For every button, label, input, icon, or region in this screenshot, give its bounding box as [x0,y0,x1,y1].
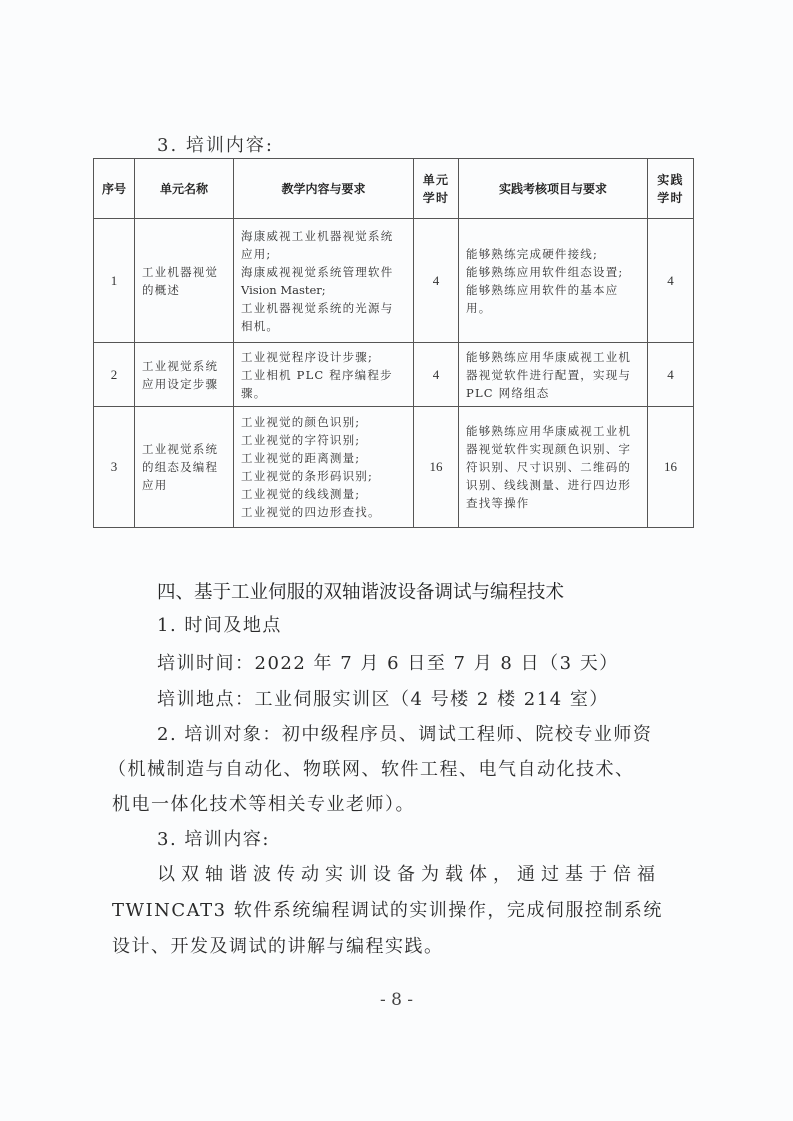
cell-unit-name: 工业视觉系统 应用设定步骤 [135,343,234,407]
cell-no: 3 [94,407,135,528]
cell-unit-hours: 4 [414,343,459,407]
cell-practice: 能够熟练应用华康威视工业机 器视觉软件进行配置，实现与 PLC 网络组态 [459,343,648,407]
page-number: - 8 - [0,990,793,1010]
cell-practice-hours: 16 [648,407,694,528]
cell-content: 工业视觉程序设计步骤; 工业相机 PLC 程序编程步 骤。 [234,343,414,407]
training-target-line-1: 2. 培训对象：初中级程序员、调试工程师、院校专业师资 [157,717,652,753]
section-4-title: 四、基于工业伺服的双轴谐波设备调试与编程技术 [157,578,564,604]
header-unit-name: 单元名称 [135,159,234,219]
training-target-line-3: 机电一体化技术等相关专业老师）。 [112,787,415,823]
table-row: 2 工业视觉系统 应用设定步骤 工业视觉程序设计步骤; 工业相机 PLC 程序编… [94,343,694,407]
training-content-table: 序号 单元名称 教学内容与要求 单元 学时 实践考核项目与要求 实践 学时 1 … [93,158,694,528]
content-line-1: 以双轴谐波传动实训设备为载体，通过基于倍福 [157,857,661,893]
cell-practice: 能够熟练应用华康威视工业机 器视觉软件实现颜色识别、字 符识别、尺寸识别、二维码… [459,407,648,528]
item-3-title: 3. 培训内容: [157,822,270,858]
cell-unit-name: 工业视觉系统 的组态及编程 应用 [135,407,234,528]
content-line-3: 设计、开发及调试的讲解与编程实践。 [112,929,444,965]
table-row: 1 工业机器视觉 的概述 海康威视工业机器视觉系统 应用; 海康威视视觉系统管理… [94,219,694,343]
cell-unit-hours: 4 [414,219,459,343]
training-time: 培训时间：2022 年 7 月 6 日至 7 月 8 日（3 天） [157,646,619,682]
cell-practice: 能够熟练完成硬件接线; 能够熟练应用软件组态设置; 能够熟练应用软件的基本应 用… [459,219,648,343]
table-row: 3 工业视觉系统 的组态及编程 应用 工业视觉的颜色识别; 工业视觉的字符识别;… [94,407,694,528]
cell-unit-name: 工业机器视觉 的概述 [135,219,234,343]
table-header-row: 序号 单元名称 教学内容与要求 单元 学时 实践考核项目与要求 实践 学时 [94,159,694,219]
cell-no: 2 [94,343,135,407]
cell-unit-hours: 16 [414,407,459,528]
training-place: 培训地点：工业伺服实训区（4 号楼 2 楼 214 室） [157,682,609,718]
header-unit-hours: 单元 学时 [414,159,459,219]
header-content: 教学内容与要求 [234,159,414,219]
header-practice: 实践考核项目与要求 [459,159,648,219]
item-1-title: 1. 时间及地点 [157,608,282,644]
cell-content: 工业视觉的颜色识别; 工业视觉的字符识别; 工业视觉的距离测量; 工业视觉的条形… [234,407,414,528]
header-no: 序号 [94,159,135,219]
cell-no: 1 [94,219,135,343]
training-target-line-2: （机械制造与自动化、物联网、软件工程、电气自动化技术、 [108,752,635,788]
header-practice-hours: 实践 学时 [648,159,694,219]
cell-content: 海康威视工业机器视觉系统 应用; 海康威视视觉系统管理软件 Vision Mas… [234,219,414,343]
subheading-training-content: 3. 培训内容: [157,131,274,157]
cell-practice-hours: 4 [648,343,694,407]
cell-practice-hours: 4 [648,219,694,343]
content-line-2: TWINCAT3 软件系统编程调试的实训操作，完成伺服控制系统 [112,893,663,929]
